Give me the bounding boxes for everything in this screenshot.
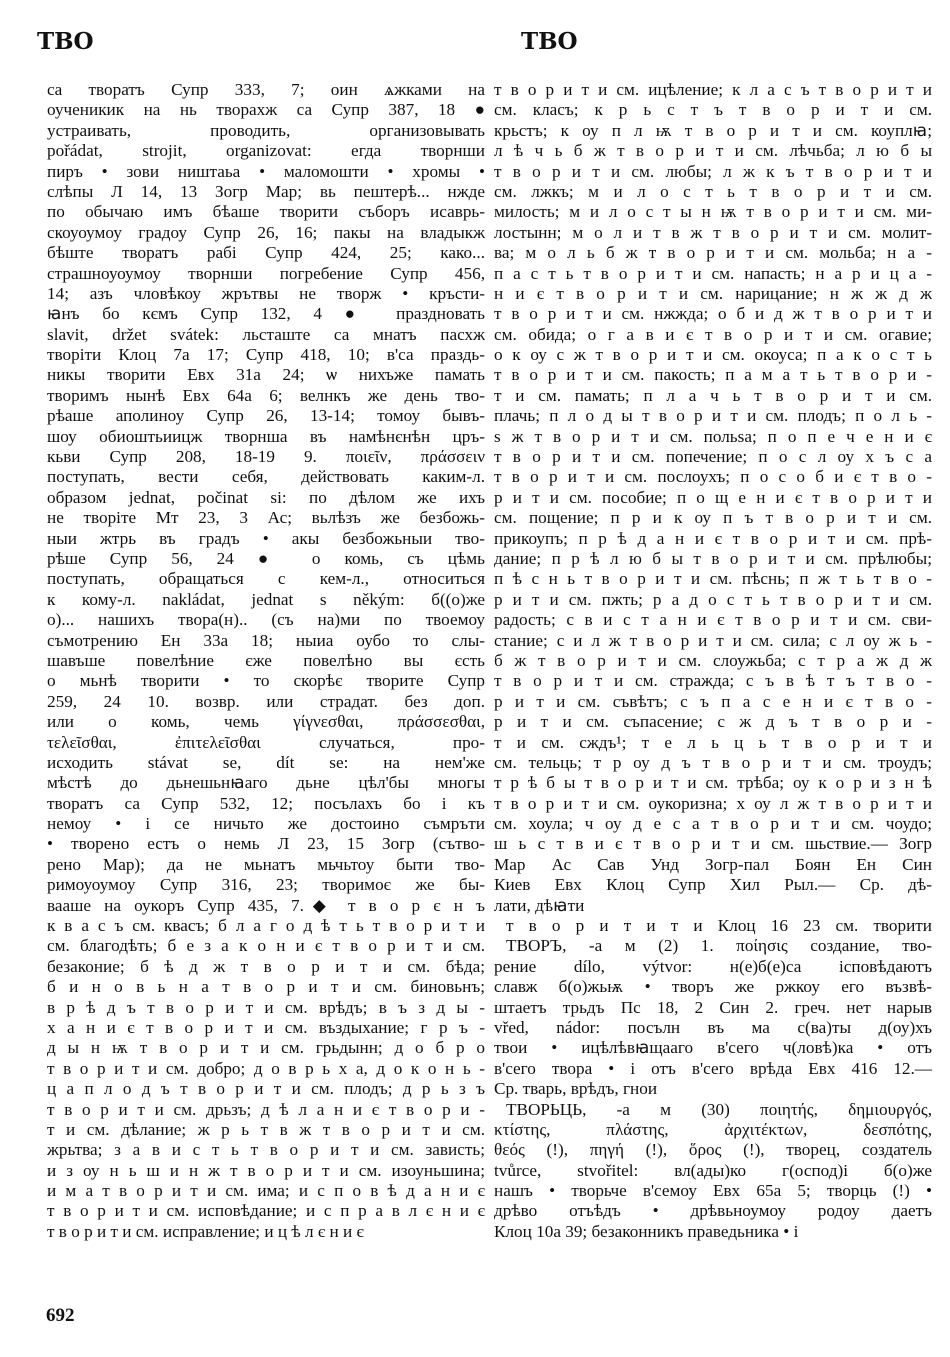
text-line: ныи жтрь въ градъ • акы безбожьныи тво-	[47, 529, 485, 549]
text-line: Киев Евх Клоц Супр Хил Рыл.— Ср. дѣ-	[494, 875, 932, 895]
text-line: поступать, обращаться с кем-л., относить…	[47, 569, 485, 589]
text-line: 14; азъ чловѣкоу жрътвы не творж • кръст…	[47, 284, 485, 304]
text-line: slavit, držet svátek: льсташте са мнатъ …	[47, 325, 485, 345]
text-line: жрьтва; з а в и с т ь т в о р и т и см. …	[47, 1140, 485, 1160]
text-line: ц а п л о д ъ т в о р и т и см. плодъ; д…	[47, 1079, 485, 1099]
text-line: κτίστης, πλάστης, ἀρχιτέκτων, δεσπότης,	[494, 1120, 932, 1140]
text-line: ꙗнъ бо кємъ Супр 132, 4 ● праздновать	[47, 304, 485, 324]
text-line: исходить stávat se, dít se: на нем'же	[47, 753, 485, 773]
text-line: см. хоула; ч оу д е с а т в о р и т и см…	[494, 814, 932, 834]
text-line: 259, 24 10. возвр. или страдат. без доп.	[47, 692, 485, 712]
text-line: • творено естъ о немь Л 23, 15 Зогр (сът…	[47, 834, 485, 854]
text-line: т и см. дѣлание; ж р ь т в ж т в о р и т…	[47, 1120, 485, 1140]
text-line: п а с т ь т в о р и т и см. напасть; н а…	[494, 264, 932, 284]
text-line: бѣште творатъ рабі Супр 424, 25; како...	[47, 243, 485, 263]
text-line: рѣаше аполиноу Супр 26, 13-14; томоу быв…	[47, 406, 485, 426]
running-head-left: ТВО	[37, 28, 94, 55]
text-line: не творіте Мт 23, 3 Ас; вьлѣзъ же безбож…	[47, 508, 485, 528]
text-line: ѕ ж т в о р и т и см. польѕа; п о п е ч …	[494, 427, 932, 447]
text-line: рено Мар); да не мьнатъ мьчьтоу быти тво…	[47, 855, 485, 875]
text-line: крьстъ; к оу п л ѭ т в о р и т и см. коу…	[494, 121, 932, 141]
text-line: прикоупъ; п р ѣ д а н и є т в о р и т и …	[494, 529, 932, 549]
text-line: т в о р и т и см. исправление; и ц ѣ л є…	[47, 1222, 485, 1242]
text-line: шавъше повелѣние єже повелѣно вы єсть	[47, 651, 485, 671]
text-line: немоу • і се ничьто же достоино съмръти	[47, 814, 485, 834]
text-line: х а н и є т в о р и т и см. въздыхание; …	[47, 1018, 485, 1038]
text-line: б и н о в ь н а т в о р и т и см. биновь…	[47, 977, 485, 997]
text-line: Мар Ас Сав Унд Зогр-пал Боян Ен Син	[494, 855, 932, 875]
text-line: поступать, вести себя, действовать каким…	[47, 467, 485, 487]
text-line: т в о р и т и см. ицѣление; к л а с ъ т …	[494, 80, 932, 100]
text-line: стание; с и л ж т в о р и т и см. сила; …	[494, 631, 932, 651]
text-line: мѣстѣ до дьнешьнꙗаго дьне цѣл'бы многы	[47, 773, 485, 793]
text-line: по обычаю имъ бѣаше творити съборъ исавр…	[47, 202, 485, 222]
text-line: р и т и см. пжть; р а д о с т ь т в о р …	[494, 590, 932, 610]
text-line: страшноуоумоу творнши погребение Супр 45…	[47, 264, 485, 284]
text-line: см. пощение; п р и к оу п ъ т в о р и т …	[494, 508, 932, 528]
text-line: скоуоумоу градоу Супр 26, 16; пакы на вл…	[47, 223, 485, 243]
text-line: слѣпы Л 14, 13 Зогр Мар; вь пештерѣ... н…	[47, 182, 485, 202]
text-line: см. обида; о г а в и є т в о р и т и см.…	[494, 325, 932, 345]
text-line: лати, дѣꙗти	[494, 896, 932, 916]
text-line: римоуоумоу Супр 316, 23; творимоє же бы-	[47, 875, 485, 895]
text-line: дрѣво отъѣдъ • дрѣвьноумоу родоу даетъ	[494, 1201, 932, 1221]
right-column: т в о р и т и см. ицѣление; к л а с ъ т …	[494, 80, 932, 1242]
text-line: т в о р и т и см. стражда; с ъ в ѣ т ъ т…	[494, 671, 932, 691]
text-line: ca творатъ Супр 333, 7; оин ѧжками на	[47, 80, 485, 100]
text-line: творіти Клоц 7а 17; Супр 418, 10; в'са п…	[47, 345, 485, 365]
left-column: ca творатъ Супр 333, 7; оин ѧжками наоуч…	[47, 80, 485, 1242]
text-line: образом jednat, počinat si: по дѣлом же …	[47, 488, 485, 508]
text-line: оученикик на нь творахж са Супр 387, 18 …	[47, 100, 485, 120]
text-line: pořádat, strojit, organizovat: егда твор…	[47, 141, 485, 161]
text-line: штаетъ трьдъ Пс 18, 2 Син 2. греч. нет н…	[494, 998, 932, 1018]
text-line: и з оу н ь ш и н ж т в о р и т и см. изо…	[47, 1161, 485, 1181]
text-line: твои • ицѣлѣвꙗщааго в'сего ч(ловѣ)ка • о…	[494, 1038, 932, 1058]
text-line: т в о р и т и см. нжжда; о б и д ж т в о…	[494, 304, 932, 324]
text-line: т в о р и т и см. добро; д о в р ь х а, …	[47, 1059, 485, 1079]
text-line: vřed, nádor: посълн въ ма с(ва)ты д(оу)х…	[494, 1018, 932, 1038]
text-line: tvůrce, stvořitel: вл(ады)ко г(оспод)і б…	[494, 1161, 932, 1181]
text-line: т р ѣ б ы т в о р и т и см. трѣба; оу к …	[494, 773, 932, 793]
text-line: творимъ нынѣ Евх 64а 6; велнкъ же день т…	[47, 386, 485, 406]
text-line: вааше на оукоръ Супр 435, 7.◆ т в о р є …	[47, 896, 485, 916]
text-line: о мьнѣ творити • то скорѣє творите Супр	[47, 671, 485, 691]
text-line: τελεῖσθαι, ἐπιτελεῖσθαι случаться, про-	[47, 733, 485, 753]
text-line: см. лжкъ; м и л о с т ь т в о р и т и см…	[494, 182, 932, 202]
text-line: к кому-л. nakládat, jednat s někým: б((о…	[47, 590, 485, 610]
text-line: милость; м и л о с т ы н ѭ т в о р и т и…	[494, 202, 932, 222]
text-line: т в о р и т и см. любы; л ж к ъ т в о р …	[494, 162, 932, 182]
page-number: 692	[46, 1305, 75, 1327]
text-line: Ср. тварь, врѣдъ, гнои	[494, 1079, 932, 1099]
text-line: т в о р и т и см. исповѣдание; и с п р а…	[47, 1201, 485, 1221]
text-line: о к оу с ж т в о р и т и см. окоуса; п а…	[494, 345, 932, 365]
text-line: в'сего твора • і отъ в'сего врѣда Евх 41…	[494, 1059, 932, 1079]
text-line: ТВОРЪ, -а м (2) 1. ποίησις создание, тво…	[494, 936, 932, 956]
text-line: и м а т в о р и т и см. има; и с п о в ѣ…	[47, 1181, 485, 1201]
text-line: славж б(о)жьѭ • творъ же ржкоу его възвѣ…	[494, 977, 932, 997]
text-line: кьви Супр 208, 18-19 9. ποιεῖν, πράσσειν	[47, 447, 485, 467]
text-line: радость; с в и с т а н и є т в о р и т и…	[494, 610, 932, 630]
text-line: Клоц 10а 39; безаконникъ праведьника • і	[494, 1222, 932, 1242]
text-line: т в о р и т и см. пакость; п а м а т ь т…	[494, 365, 932, 385]
text-line: р и т и см. пособие; п о щ е н и є т в о…	[494, 488, 932, 508]
running-head-right: ТВО	[521, 28, 578, 55]
text-line: шоу обиоштьиицж творнша въ намѣнєнѣн цръ…	[47, 427, 485, 447]
text-line: р и т и см. съпасение; с ж д ъ т в о р и…	[494, 712, 932, 732]
text-line: т в о р и т и см. дрьзъ; д ѣ л а н и є т…	[47, 1100, 485, 1120]
text-line: см. класъ; к р ь с т ъ т в о р и т и см.	[494, 100, 932, 120]
text-line: б ж т в о р и т и см. слоужьба; с т р а …	[494, 651, 932, 671]
text-line: или о комь, чемь γίγνεσθαι, πράσσεσθαι,	[47, 712, 485, 732]
text-line: т в о р и т и см. попечение; п о с л оу …	[494, 447, 932, 467]
text-line: т и см. памать; п л а ч ь т в о р и т и …	[494, 386, 932, 406]
text-line: см. тельць; т р оу д ъ т в о р и т и см.…	[494, 753, 932, 773]
text-line: плачь; п л о д ы т в о р и т и см. плодъ…	[494, 406, 932, 426]
text-line: см. благодѣть; б е з а к о н и є т в о р…	[47, 936, 485, 956]
text-line: творатъ са Супр 532, 12; посълахъ бо і к…	[47, 794, 485, 814]
text-line: устраивать, проводить, организовывать	[47, 121, 485, 141]
text-line: безаконие; б ѣ д ж т в о р и т и см. бѣд…	[47, 957, 485, 977]
text-line: θεός (!), πηγή (!), ὅρος (!), творец, со…	[494, 1140, 932, 1160]
text-line: в р ѣ д ъ т в о р и т и см. врѣдъ; в ъ з…	[47, 998, 485, 1018]
text-line: рѣше Супр 56, 24 ● о комь, съ цѣмь	[47, 549, 485, 569]
text-line: п ѣ с н ь т в о р и т и см. пѣснь; п ж т…	[494, 569, 932, 589]
text-line: дание; п р ѣ л ю б ы т в о р и т и см. п…	[494, 549, 932, 569]
text-line: съмотрению Ен 33а 18; ныиа оубо то слы-	[47, 631, 485, 651]
text-line: о)... нашихъ твора(н).. (съ на)ми по тво…	[47, 610, 485, 630]
text-line: т в о р и т и см. послоухъ; п о с о б и …	[494, 467, 932, 487]
text-line: рение dílo, výtvor: н(е)б(е)са ісповѣдаю…	[494, 957, 932, 977]
text-line: нашъ • творьче в'семоу Евх 65а 5; творць…	[494, 1181, 932, 1201]
text-line: р и т и см. съвѣтъ; с ъ п а с е н и є т …	[494, 692, 932, 712]
dictionary-page: ТВО ТВО ca творатъ Супр 333, 7; оин ѧжка…	[0, 0, 950, 1357]
text-line: ш ь с т в и є т в о р и т и см. шьствие.…	[494, 834, 932, 854]
text-line: лостынн; м о л и т в ж т в о р и т и см.…	[494, 223, 932, 243]
text-line: к в а с ъ см. квасъ; б л а г о д ѣ т ь т…	[47, 916, 485, 936]
text-line: т и см. сждъ¹; т е л ь ц ь т в о р и т и	[494, 733, 932, 753]
text-line: ва; м о л ь б ж т в о р и т и см. мольба…	[494, 243, 932, 263]
text-line: н и є т в о р и т и см. нарицание; н ж ж…	[494, 284, 932, 304]
text-line: т в о р и т и т и Клоц 16 23 см. творити	[494, 916, 932, 936]
text-line: пиръ • зови ништаьа • маломошти • хромы …	[47, 162, 485, 182]
text-line: никы творити Евх 31а 24; ѡ нихъже памать	[47, 365, 485, 385]
text-line: т в о р и т и см. оукоризна; х оу л ж т …	[494, 794, 932, 814]
text-line: ТВОРЬЦЬ, -а м (30) ποιητής, δημιουργός,	[494, 1100, 932, 1120]
text-line: л ѣ ч ь б ж т в о р и т и см. лѣчьба; л …	[494, 141, 932, 161]
text-line: д ы н ѭ т в о р и т и см. грьдынн; д о б…	[47, 1038, 485, 1058]
